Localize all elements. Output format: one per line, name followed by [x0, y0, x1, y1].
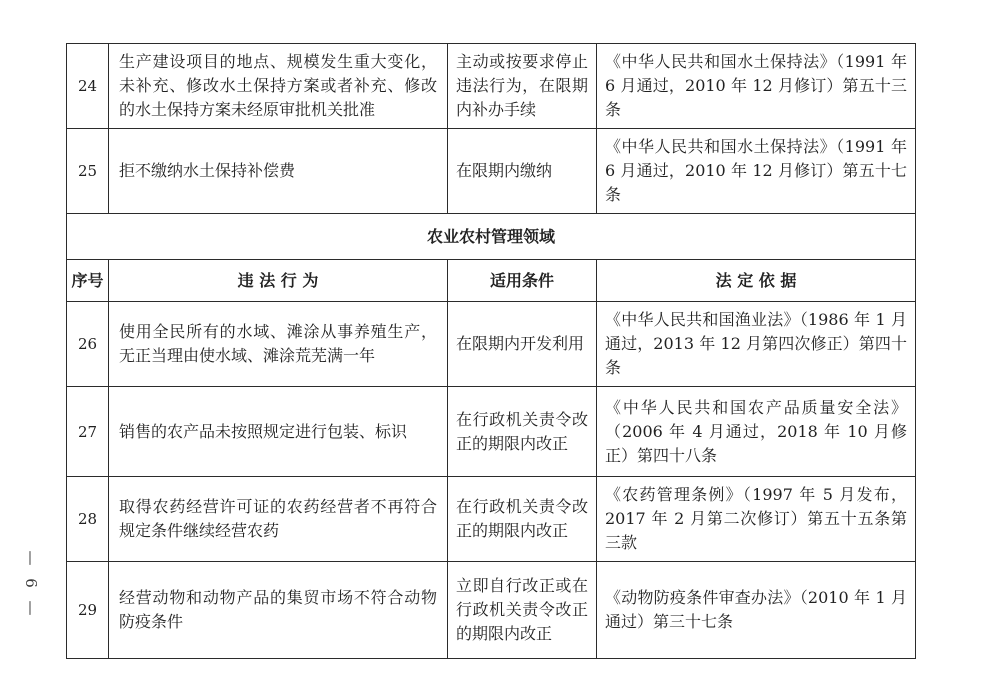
table-row: 24 生产建设项目的地点、规模发生重大变化，未补充、修改水土保持方案或者补充、修… [67, 44, 916, 129]
cell-applicable-condition: 在限期内缴纳 [448, 129, 597, 214]
cell-row-number: 26 [67, 302, 109, 387]
column-header-row: 序号 违 法 行 为 适用条件 法 定 依 据 [67, 260, 916, 302]
cell-row-number: 27 [67, 387, 109, 477]
regulation-table: 24 生产建设项目的地点、规模发生重大变化，未补充、修改水土保持方案或者补充、修… [66, 43, 916, 659]
column-header-behavior: 违 法 行 为 [109, 260, 448, 302]
cell-legal-basis: 《中华人民共和国农产品质量安全法》（2006 年 4 月通过，2018 年 10… [597, 387, 916, 477]
column-header-basis: 法 定 依 据 [597, 260, 916, 302]
cell-illegal-behavior: 拒不缴纳水土保持补偿费 [109, 129, 448, 214]
cell-legal-basis: 《动物防疫条件审查办法》（2010 年 1 月通过）第三十七条 [597, 562, 916, 659]
table-row: 25 拒不缴纳水土保持补偿费 在限期内缴纳 《中华人民共和国水土保持法》（199… [67, 129, 916, 214]
section-header-row: 农业农村管理领域 [67, 214, 916, 260]
section-title: 农业农村管理领域 [67, 214, 916, 260]
table-row: 29 经营动物和动物产品的集贸市场不符合动物防疫条件 立即自行改正或在行政机关责… [67, 562, 916, 659]
document-page: — 6 — 24 生产建设项目的地点、规模发生重大变化，未补充、修改水土保持方案… [0, 0, 986, 690]
cell-applicable-condition: 在行政机关责令改正的期限内改正 [448, 387, 597, 477]
cell-row-number: 24 [67, 44, 109, 129]
cell-illegal-behavior: 生产建设项目的地点、规模发生重大变化，未补充、修改水土保持方案或者补充、修改的水… [109, 44, 448, 129]
cell-applicable-condition: 主动或按要求停止违法行为，在限期内补办手续 [448, 44, 597, 129]
column-header-no: 序号 [67, 260, 109, 302]
cell-legal-basis: 《中华人民共和国水土保持法》（1991 年 6 月通过，2010 年 12 月修… [597, 44, 916, 129]
table-row: 28 取得农药经营许可证的农药经营者不再符合规定条件继续经营农药 在行政机关责令… [67, 477, 916, 562]
cell-row-number: 25 [67, 129, 109, 214]
cell-legal-basis: 《中华人民共和国水土保持法》（1991 年 6 月通过，2010 年 12 月修… [597, 129, 916, 214]
table-row: 26 使用全民所有的水域、滩涂从事养殖生产，无正当理由使水域、滩涂荒芜满一年 在… [67, 302, 916, 387]
cell-applicable-condition: 立即自行改正或在行政机关责令改正的期限内改正 [448, 562, 597, 659]
cell-illegal-behavior: 销售的农产品未按照规定进行包装、标识 [109, 387, 448, 477]
page-number: — 6 — [22, 550, 40, 619]
table-row: 27 销售的农产品未按照规定进行包装、标识 在行政机关责令改正的期限内改正 《中… [67, 387, 916, 477]
cell-illegal-behavior: 取得农药经营许可证的农药经营者不再符合规定条件继续经营农药 [109, 477, 448, 562]
cell-row-number: 29 [67, 562, 109, 659]
cell-applicable-condition: 在行政机关责令改正的期限内改正 [448, 477, 597, 562]
cell-illegal-behavior: 经营动物和动物产品的集贸市场不符合动物防疫条件 [109, 562, 448, 659]
cell-illegal-behavior: 使用全民所有的水域、滩涂从事养殖生产，无正当理由使水域、滩涂荒芜满一年 [109, 302, 448, 387]
cell-legal-basis: 《中华人民共和国渔业法》（1986 年 1 月通过，2013 年 12 月第四次… [597, 302, 916, 387]
cell-row-number: 28 [67, 477, 109, 562]
cell-applicable-condition: 在限期内开发利用 [448, 302, 597, 387]
cell-legal-basis: 《农药管理条例》（1997 年 5 月发布，2017 年 2 月第二次修订）第五… [597, 477, 916, 562]
column-header-condition: 适用条件 [448, 260, 597, 302]
